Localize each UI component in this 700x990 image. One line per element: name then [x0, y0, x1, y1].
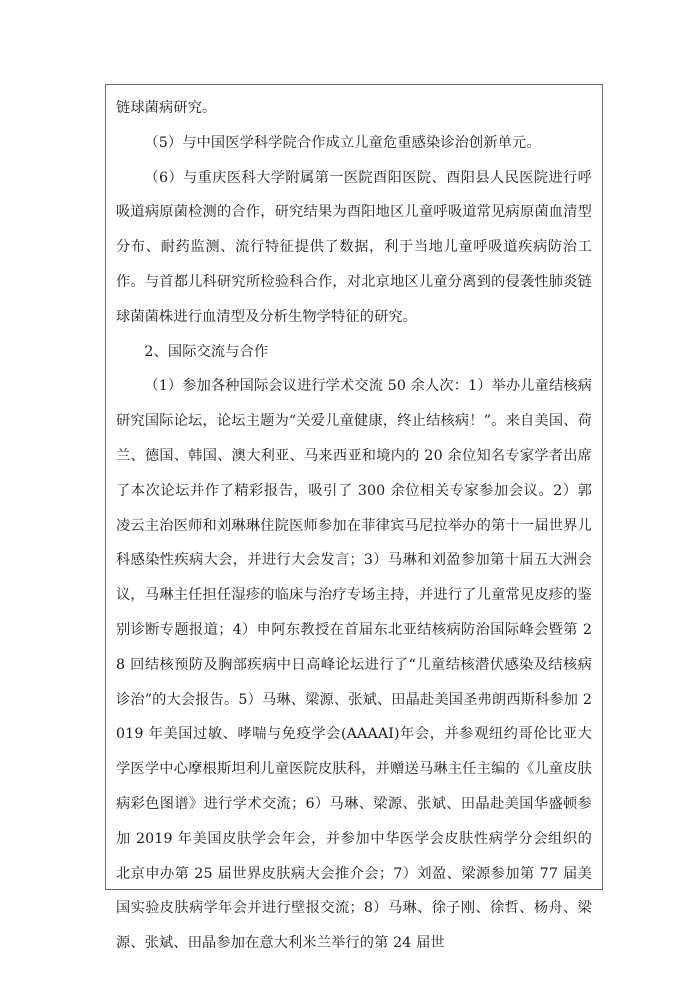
- section-heading-international-exchange: 2、国际交流与合作: [116, 335, 592, 370]
- document-body: 链球菌病研究。 （5）与中国医学科学院合作成立儿童危重感染诊治创新单元。 （6）…: [116, 91, 592, 961]
- paragraph-international-item-1: （1）参加各种国际会议进行学术交流 50 余人次：1）举办儿童结核病研究国际论坛…: [116, 369, 592, 961]
- paragraph-item-6: （6）与重庆医科大学附属第一医院酉阳医院、酉阳县人民医院进行呼吸道病原菌检测的合…: [116, 161, 592, 335]
- paragraph-item-5: （5）与中国医学科学院合作成立儿童危重感染诊治创新单元。: [116, 126, 592, 161]
- paragraph-continuation: 链球菌病研究。: [116, 91, 592, 126]
- document-table-cell: 链球菌病研究。 （5）与中国医学科学院合作成立儿童危重感染诊治创新单元。 （6）…: [105, 84, 603, 890]
